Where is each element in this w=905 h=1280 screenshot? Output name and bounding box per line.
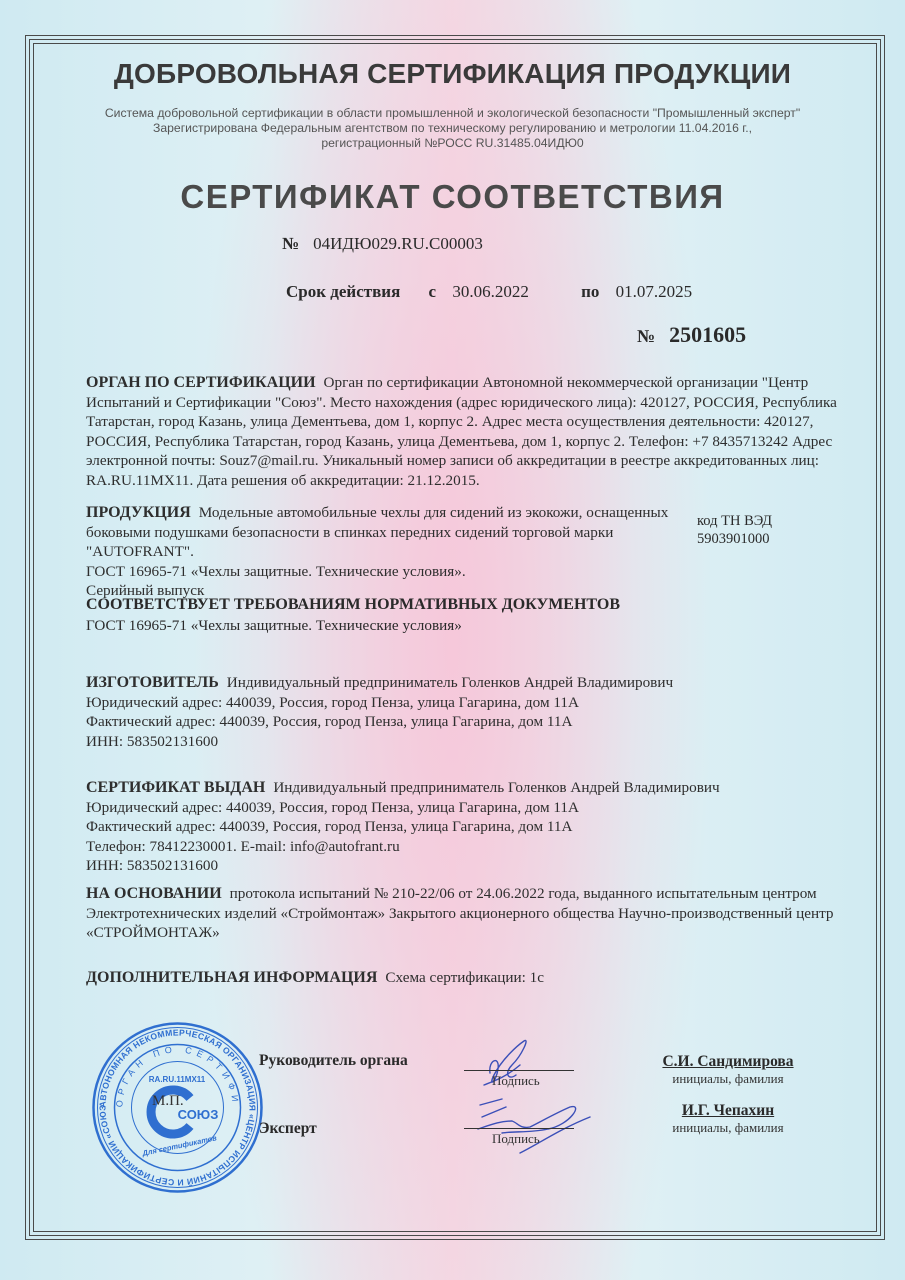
expert-signature-line [464, 1128, 574, 1129]
actual-address: Фактический адрес: 440039, Россия, город… [86, 817, 846, 837]
to-label: по [581, 282, 599, 301]
blank-number: №2501605 [637, 322, 746, 348]
stamp-place-label: М.П. [152, 1093, 184, 1110]
system-line: Система добровольной сертификации в обла… [0, 106, 905, 121]
validity-period: Срок действия с 30.06.2022 по 01.07.2025 [286, 282, 692, 302]
head-name-caption: инициалы, фамилия [638, 1071, 818, 1087]
valid-from: 30.06.2022 [452, 282, 529, 301]
section-label: СЕРТИФИКАТ ВЫДАН [86, 779, 265, 796]
certificate-number: №04ИДЮ029.RU.С00003 [282, 234, 483, 254]
system-line: регистрационный №РОСС RU.31485.04ИДЮ0 [0, 136, 905, 151]
section-manufacturer: ИЗГОТОВИТЕЛЬИндивидуальный предпринимате… [86, 673, 846, 751]
applicant-name: Индивидуальный предприниматель Голенков … [273, 779, 719, 796]
inn: ИНН: 583502131600 [86, 856, 846, 876]
section-label: НА ОСНОВАНИИ [86, 885, 222, 902]
certificate-number-value: 04ИДЮ029.RU.С00003 [313, 234, 483, 253]
section-label: ПРОДУКЦИЯ [86, 504, 191, 521]
section-label: ДОПОЛНИТЕЛЬНАЯ ИНФОРМАЦИЯ [86, 969, 377, 986]
tnved-value: 5903901000 [697, 530, 772, 548]
blank-number-sign: № [637, 326, 655, 346]
head-name-block: С.И. Сандимирова инициалы, фамилия [638, 1053, 818, 1087]
blank-number-value: 2501605 [669, 322, 746, 347]
certification-system-info: Система добровольной сертификации в обла… [0, 106, 905, 151]
section-text: Орган по сертификации Автономной некомме… [86, 374, 837, 489]
inn: ИНН: 583502131600 [86, 732, 846, 752]
expert-name-block: И.Г. Чепахин инициалы, фамилия [638, 1102, 818, 1136]
conformity-label: СООТВЕТСТВУЕТ ТРЕБОВАНИЯМ НОРМАТИВНЫХ ДО… [86, 596, 620, 614]
from-label: с [429, 282, 437, 301]
manufacturer-name: Индивидуальный предприниматель Голенков … [227, 674, 673, 691]
section-label: ОРГАН ПО СЕРТИФИКАЦИИ [86, 374, 316, 391]
legal-address: Юридический адрес: 440039, Россия, город… [86, 798, 846, 818]
section-product: ПРОДУКЦИЯМодельные автомобильные чехлы д… [86, 503, 676, 601]
head-role-label: Руководитель органа [259, 1052, 408, 1070]
conformity-document: ГОСТ 16965-71 «Чехлы защитные. Техническ… [86, 617, 462, 635]
head-name: С.И. Сандимирова [638, 1053, 818, 1071]
contacts: Телефон: 78412230001. E-mail: info@autof… [86, 837, 846, 857]
legal-address: Юридический адрес: 440039, Россия, город… [86, 693, 846, 713]
expert-role-label: Эксперт [259, 1120, 317, 1138]
tnved-label: код ТН ВЭД [697, 512, 772, 530]
number-sign: № [282, 234, 299, 253]
product-standard: ГОСТ 16965-71 «Чехлы защитные. Техническ… [86, 562, 676, 582]
tnved-code: код ТН ВЭД 5903901000 [697, 512, 772, 548]
expert-name: И.Г. Чепахин [638, 1102, 818, 1120]
validity-label: Срок действия [286, 282, 400, 301]
section-additional-info: ДОПОЛНИТЕЛЬНАЯ ИНФОРМАЦИЯСхема сертифика… [86, 968, 846, 988]
header-title: ДОБРОВОЛЬНАЯ СЕРТИФИКАЦИЯ ПРОДУКЦИИ [0, 58, 905, 90]
section-certification-body: ОРГАН ПО СЕРТИФИКАЦИИОрган по сертификац… [86, 373, 846, 490]
stamp-logo: СОЮЗ [178, 1107, 219, 1122]
section-label: ИЗГОТОВИТЕЛЬ [86, 674, 219, 691]
head-signature-caption: Подпись [492, 1073, 540, 1089]
valid-to: 01.07.2025 [616, 282, 693, 301]
expert-name-caption: инициалы, фамилия [638, 1120, 818, 1136]
additional-text: Схема сертификации: 1с [385, 969, 544, 986]
actual-address: Фактический адрес: 440039, Россия, город… [86, 712, 846, 732]
section-issued-to: СЕРТИФИКАТ ВЫДАНИндивидуальный предприни… [86, 778, 846, 876]
expert-signature-caption: Подпись [492, 1131, 540, 1147]
certificate-title: СЕРТИФИКАТ СООТВЕТСТВИЯ [0, 178, 905, 216]
stamp-accreditation: RA.RU.11МХ11 [149, 1075, 206, 1084]
head-signature-line [464, 1070, 574, 1071]
system-line: Зарегистрирована Федеральным агентством … [0, 121, 905, 136]
section-basis: НА ОСНОВАНИИпротокола испытаний № 210-22… [86, 884, 846, 943]
